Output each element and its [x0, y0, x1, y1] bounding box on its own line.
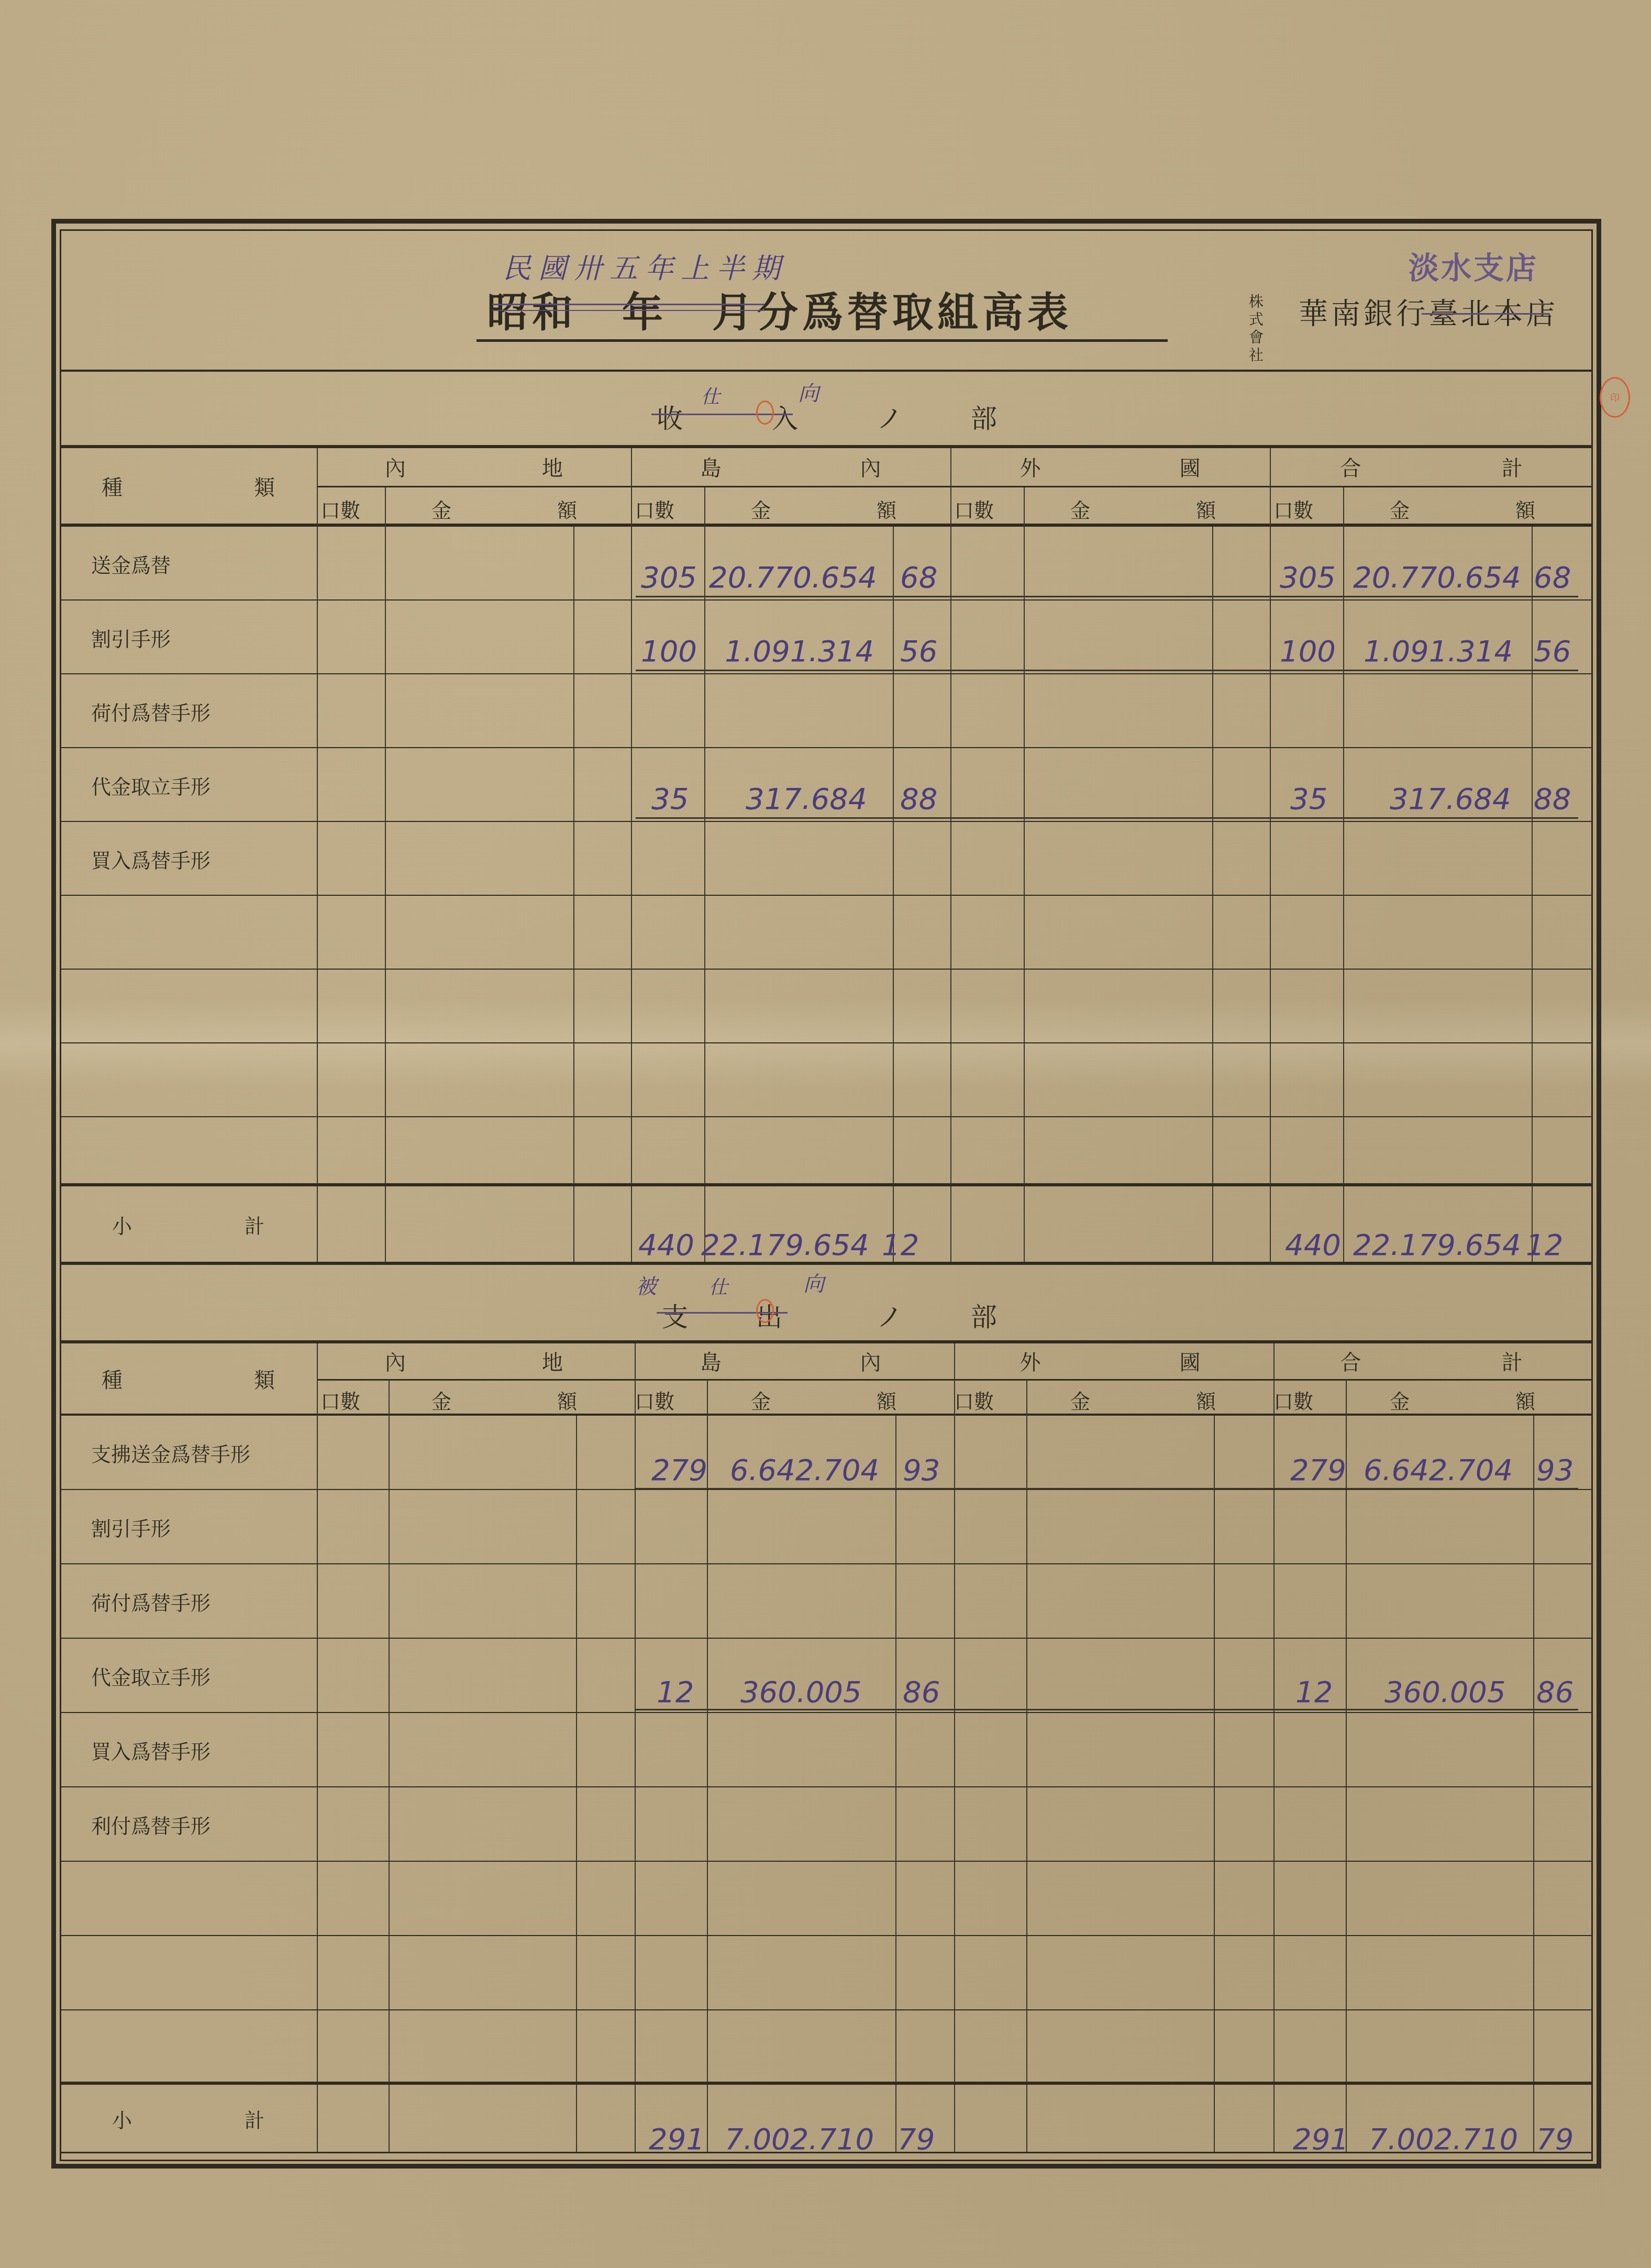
cell-island-count: 279: [651, 1453, 707, 1487]
column-group-tounai: 島內: [631, 448, 950, 485]
bank-strikethrough: [1422, 313, 1550, 315]
subheader-count: 口數: [954, 1385, 994, 1414]
subheader-amount: 金: [1070, 1385, 1090, 1414]
entry-underline: [636, 1709, 1578, 1710]
section-title-char: 部: [971, 398, 1002, 436]
cell-total-amount: 1.091.314: [1364, 635, 1513, 669]
header-char: 國: [1180, 452, 1201, 482]
section-title-char: ノ: [877, 1296, 908, 1334]
subheader-count: 口數: [1273, 494, 1313, 523]
row-label: 送金爲替: [60, 527, 317, 600]
handwritten-title-char: 仕: [709, 1273, 728, 1299]
subheader-count: 口數: [635, 1385, 674, 1414]
cell-island-count: 100: [641, 635, 697, 669]
subheader-count: 口數: [954, 494, 994, 523]
column-group-naichi: 內地: [317, 1343, 631, 1378]
subtotal-char: 計: [245, 1210, 264, 1239]
subheader-amount: 金: [1390, 1385, 1410, 1414]
row-label: 荷付爲替手形: [60, 1564, 317, 1638]
row-label: 代金取立手形: [60, 1639, 317, 1712]
subtotal-char: 小: [112, 2104, 132, 2133]
cell-total-sen: 88: [1534, 782, 1571, 816]
row-divider: [60, 1042, 1593, 1043]
entry-underline: [636, 1488, 1578, 1489]
cell-island-count: 12: [657, 1675, 694, 1709]
cell-total-amount: 20.770.654: [1353, 561, 1521, 595]
correction-seal-icon: [756, 1299, 774, 1323]
subheader-amount: 額: [1515, 1385, 1535, 1414]
subheader-count: 口數: [320, 494, 360, 523]
seal-text: 印: [1610, 391, 1620, 404]
section-expense-header: 支 出 ノ 部 被 仕 向: [60, 1265, 1593, 1340]
column-type-header: 種 類: [60, 1343, 317, 1414]
subheader-amount: 金: [1390, 494, 1410, 523]
row-divider: [60, 1786, 1593, 1787]
cell-total-sen: 68: [1534, 561, 1571, 595]
cell-total-amount: 317.684: [1390, 782, 1511, 816]
cell-total-amount: 360.005: [1384, 1675, 1506, 1709]
subtotal-bottom-rule: [60, 2152, 1593, 2153]
cell-total-count: 305: [1280, 561, 1336, 595]
header-char: 種: [102, 471, 123, 501]
cell-total-count: 279: [1290, 1453, 1346, 1487]
column-group-goukei: 合計: [1270, 448, 1593, 485]
header-char: 外: [1020, 452, 1041, 482]
handwritten-title-char: 被: [636, 1270, 657, 1300]
subheader-amount: 金: [1070, 494, 1090, 523]
subtotal-island-count: 440: [638, 1228, 694, 1262]
cell-island-amount: 317.684: [746, 782, 867, 816]
title-strikethrough: [492, 310, 764, 311]
section-title-char: 支: [662, 1296, 693, 1334]
row-label: 割引手形: [60, 1490, 317, 1563]
subheader-amount: 額: [877, 494, 896, 523]
header-char: 外: [1020, 1346, 1041, 1376]
cell-island-count: 305: [641, 561, 697, 595]
subheader-amount: 金: [431, 1385, 451, 1414]
subheader-amount: 額: [1196, 494, 1216, 523]
subheader-amount: 額: [877, 1385, 896, 1414]
branch-stamp: 淡水支店: [1409, 243, 1538, 287]
cell-total-sen: 93: [1536, 1453, 1574, 1487]
cell-island-amount: 1.091.314: [725, 635, 874, 669]
column-group-tounai: 島內: [631, 1343, 950, 1378]
header-char: 內: [860, 452, 881, 482]
title-strikethrough: [492, 304, 764, 305]
subtotal-char: 小: [112, 1210, 132, 1239]
subheader-amount: 金: [751, 1385, 771, 1414]
cell-island-sen: 56: [900, 635, 937, 669]
header-char: 計: [1502, 1346, 1523, 1376]
cell-island-sen: 88: [900, 782, 937, 816]
header-char: 類: [254, 1364, 275, 1394]
correction-seal-icon: [756, 401, 774, 425]
header-char: 計: [1502, 452, 1523, 482]
entry-underline: [636, 817, 1578, 819]
bank-name: 華南銀行臺北本店: [1299, 291, 1558, 332]
entry-underline: [636, 596, 1578, 597]
cell-island-amount: 6.642.704: [730, 1453, 879, 1487]
title-underline: [477, 339, 1168, 342]
corp-prefix-line: 株式: [1249, 293, 1286, 329]
subtotal-total-count: 440: [1285, 1228, 1341, 1262]
row-divider: [60, 821, 1593, 822]
cell-island-amount: 20.770.654: [709, 561, 877, 595]
row-divider: [60, 1638, 1593, 1639]
row-label: 支拂送金爲替手形: [60, 1416, 317, 1489]
header-char: 國: [1180, 1346, 1201, 1376]
header-char: 島: [701, 1346, 722, 1376]
row-label: 代金取立手形: [60, 748, 317, 821]
header-char: 種: [102, 1364, 123, 1394]
row-divider: [60, 969, 1593, 970]
header-char: 內: [385, 452, 406, 482]
section-title-char: 收: [657, 398, 688, 436]
row-divider: [60, 1712, 1593, 1713]
column-group-gaikoku: 外國: [950, 448, 1270, 485]
handwritten-title-char: 仕: [701, 382, 720, 409]
column-group-gaikoku: 外國: [950, 1343, 1270, 1378]
subtotal-island-amount: 22.179.654: [701, 1228, 869, 1262]
row-label: 割引手形: [60, 601, 317, 674]
subtotal-label: 小 計: [60, 2085, 317, 2152]
column-group-goukei: 合計: [1270, 1343, 1593, 1378]
header-char: 地: [542, 1346, 563, 1376]
column-group-naichi: 內地: [317, 448, 631, 485]
section-title-char: 部: [971, 1296, 1002, 1334]
corp-prefix-line: 會社: [1249, 329, 1286, 364]
header-char: 合: [1340, 452, 1361, 482]
cell-total-count: 12: [1295, 1675, 1333, 1709]
cell-island-amount: 360.005: [740, 1675, 862, 1709]
section-title-char: ノ: [877, 398, 908, 436]
header-char: 內: [385, 1346, 406, 1376]
subheader-count: 口數: [320, 1385, 360, 1414]
subtotal-char: 計: [245, 2104, 264, 2133]
subheader-amount: 金: [431, 494, 451, 523]
table-body-income: 送金爲替 割引手形 荷付爲替手形 代金取立手形 買入爲替手形 305 20.77…: [60, 527, 1593, 1183]
header-char: 類: [254, 471, 275, 501]
corp-prefix: 株式 會社: [1249, 293, 1286, 364]
row-divider: [60, 1935, 1593, 1936]
subheader-amount: 額: [1515, 494, 1535, 523]
cell-island-sen: 86: [903, 1675, 940, 1709]
cell-total-count: 35: [1290, 782, 1327, 816]
subheader-amount: 額: [1196, 1385, 1216, 1414]
row-divider: [60, 599, 1593, 601]
row-divider: [60, 747, 1593, 748]
subheader-amount: 金: [751, 494, 771, 523]
cell-total-sen: 86: [1536, 1675, 1574, 1709]
row-label: 買入爲替手形: [60, 1713, 317, 1786]
handwritten-title-char: 向: [798, 377, 819, 407]
table-header-expense: 種 類 內地 島內 外國 合計 口數 金 額 口數 金 額 口數 金 額 口數 …: [60, 1343, 1593, 1414]
row-label: 利付爲替手形: [60, 1787, 317, 1861]
row-divider: [60, 1861, 1593, 1862]
header-char: 合: [1340, 1346, 1361, 1376]
row-divider: [60, 673, 1593, 674]
header-char: 島: [701, 452, 722, 482]
subtotal-total-amount: 22.179.654: [1353, 1228, 1521, 1262]
subtotal-island-sen: 12: [882, 1228, 919, 1262]
cell-total-sen: 56: [1534, 635, 1571, 669]
row-divider: [60, 1563, 1593, 1564]
subheader-amount: 額: [557, 494, 577, 523]
row-divider: [60, 1116, 1593, 1117]
form-title: 昭和 年 月分爲替取組高表: [487, 280, 1072, 339]
subtotal-row-income: 小 計 440 22.179.654 12 440 22.179.654 12: [60, 1186, 1593, 1262]
cell-island-sen: 93: [903, 1453, 940, 1487]
header-mid-rule: [317, 486, 1593, 487]
margin-seal-icon: 印: [1600, 377, 1630, 418]
subheader-count: 口數: [635, 494, 674, 523]
section-income-header: 收 入 ノ 部 仕 向: [60, 372, 1593, 445]
header-char: 內: [860, 1346, 881, 1376]
row-label: 買入爲替手形: [60, 822, 317, 895]
row-divider: [60, 2009, 1593, 2010]
row-label: 荷付爲替手形: [60, 674, 317, 748]
subheader-amount: 額: [557, 1385, 577, 1414]
table-body-expense: 支拂送金爲替手形 割引手形 荷付爲替手形 代金取立手形 買入爲替手形 利付爲替手…: [60, 1416, 1593, 2084]
subheader-count: 口數: [1273, 1385, 1313, 1414]
handwritten-title-char: 向: [803, 1268, 824, 1297]
subtotal-total-sen: 12: [1526, 1228, 1563, 1262]
row-divider: [60, 895, 1593, 896]
column-type-header: 種 類: [60, 448, 317, 524]
cell-island-count: 35: [651, 782, 689, 816]
subtotal-row-expense: 小 計 291 7.002.710 79 291 7.002.710 79: [60, 2085, 1593, 2152]
table-header-income: 種 類 內地 島內 外國 合計 口數 金 額 口數 金 額 口數 金 額 口數 …: [60, 448, 1593, 524]
entry-underline: [636, 670, 1578, 671]
subtotal-label: 小 計: [60, 1186, 317, 1262]
cell-island-sen: 68: [900, 561, 937, 595]
cell-total-count: 100: [1280, 635, 1336, 669]
cell-total-amount: 6.642.704: [1364, 1453, 1513, 1487]
header-char: 地: [542, 452, 563, 482]
